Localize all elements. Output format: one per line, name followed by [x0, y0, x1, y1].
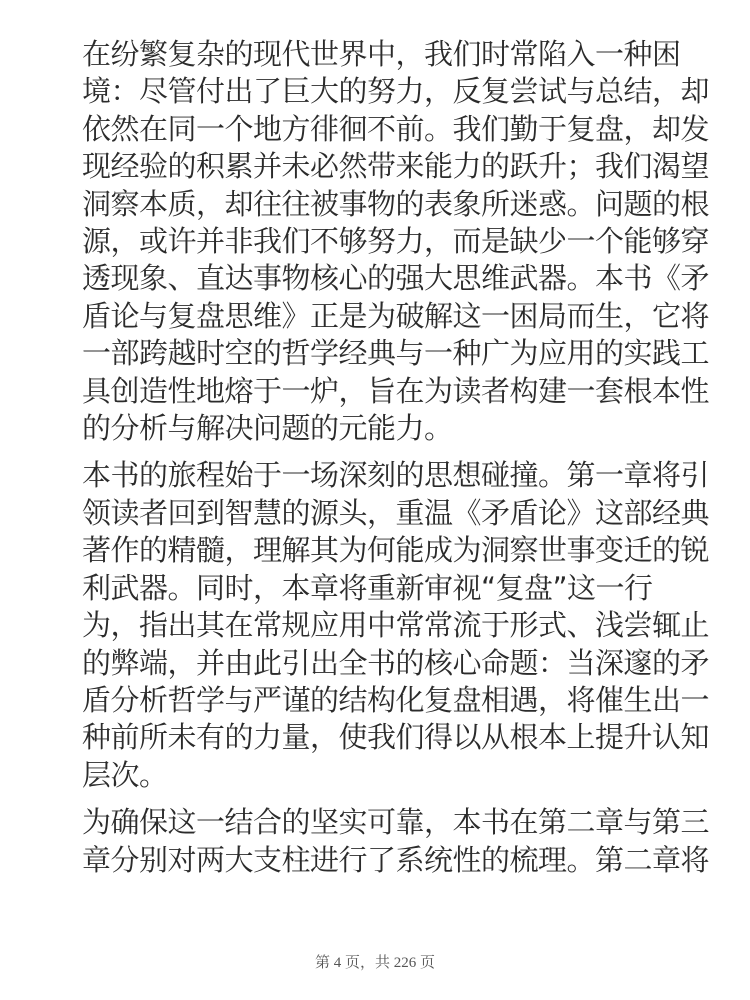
paragraph-2: 本书的旅程始于一场深刻的思想碰撞。第一章将引 领读者回到智慧的源头，重温《矛盾论…	[82, 457, 672, 794]
text-line: 层次。	[82, 757, 672, 794]
text-line: 盾论与复盘思维》正是为破解这一困局而生，它将	[82, 298, 672, 335]
text-line: 为，指出其在常规应用中常常流于形式、浅尝辄止	[82, 607, 672, 644]
text-line: 章分别对两大支柱进行了系统性的梳理。第二章将	[82, 842, 672, 879]
text-line: 源，或许并非我们不够努力，而是缺少一个能够穿	[82, 223, 672, 260]
document-page: 在纷繁复杂的现代世界中，我们时常陷入一种困 境：尽管付出了巨大的努力，反复尝试与…	[82, 36, 672, 889]
text-line: 透现象、直达事物核心的强大思维武器。本书《矛	[82, 260, 672, 297]
text-line: 的弊端，并由此引出全书的核心命题：当深邃的矛	[82, 645, 672, 682]
page-number-footer: 第 4 页，共 226 页	[0, 951, 750, 972]
text-line: 依然在同一个地方徘徊不前。我们勤于复盘，却发	[82, 111, 672, 148]
paragraph-1: 在纷繁复杂的现代世界中，我们时常陷入一种困 境：尽管付出了巨大的努力，反复尝试与…	[82, 36, 672, 447]
text-line: 盾分析哲学与严谨的结构化复盘相遇，将催生出一	[82, 682, 672, 719]
text-line: 洞察本质，却往往被事物的表象所迷惑。问题的根	[82, 186, 672, 223]
text-line: 种前所未有的力量，使我们得以从根本上提升认知	[82, 719, 672, 756]
text-line: 本书的旅程始于一场深刻的思想碰撞。第一章将引	[82, 457, 672, 494]
text-line: 现经验的积累并未必然带来能力的跃升；我们渴望	[82, 148, 672, 185]
text-line: 为确保这一结合的坚实可靠，本书在第二章与第三	[82, 804, 672, 841]
text-line: 境：尽管付出了巨大的努力，反复尝试与总结，却	[82, 73, 672, 110]
text-line: 一部跨越时空的哲学经典与一种广为应用的实践工	[82, 335, 672, 372]
paragraph-3: 为确保这一结合的坚实可靠，本书在第二章与第三 章分别对两大支柱进行了系统性的梳理…	[82, 804, 672, 879]
text-line: 著作的精髓，理解其为何能成为洞察世事变迁的锐	[82, 532, 672, 569]
text-line: 具创造性地熔于一炉，旨在为读者构建一套根本性	[82, 373, 672, 410]
text-line: 领读者回到智慧的源头，重温《矛盾论》这部经典	[82, 495, 672, 532]
text-line: 的分析与解决问题的元能力。	[82, 410, 672, 447]
text-line: 在纷繁复杂的现代世界中，我们时常陷入一种困	[82, 36, 672, 73]
text-line: 利武器。同时，本章将重新审视“复盘”这一行	[82, 570, 672, 607]
